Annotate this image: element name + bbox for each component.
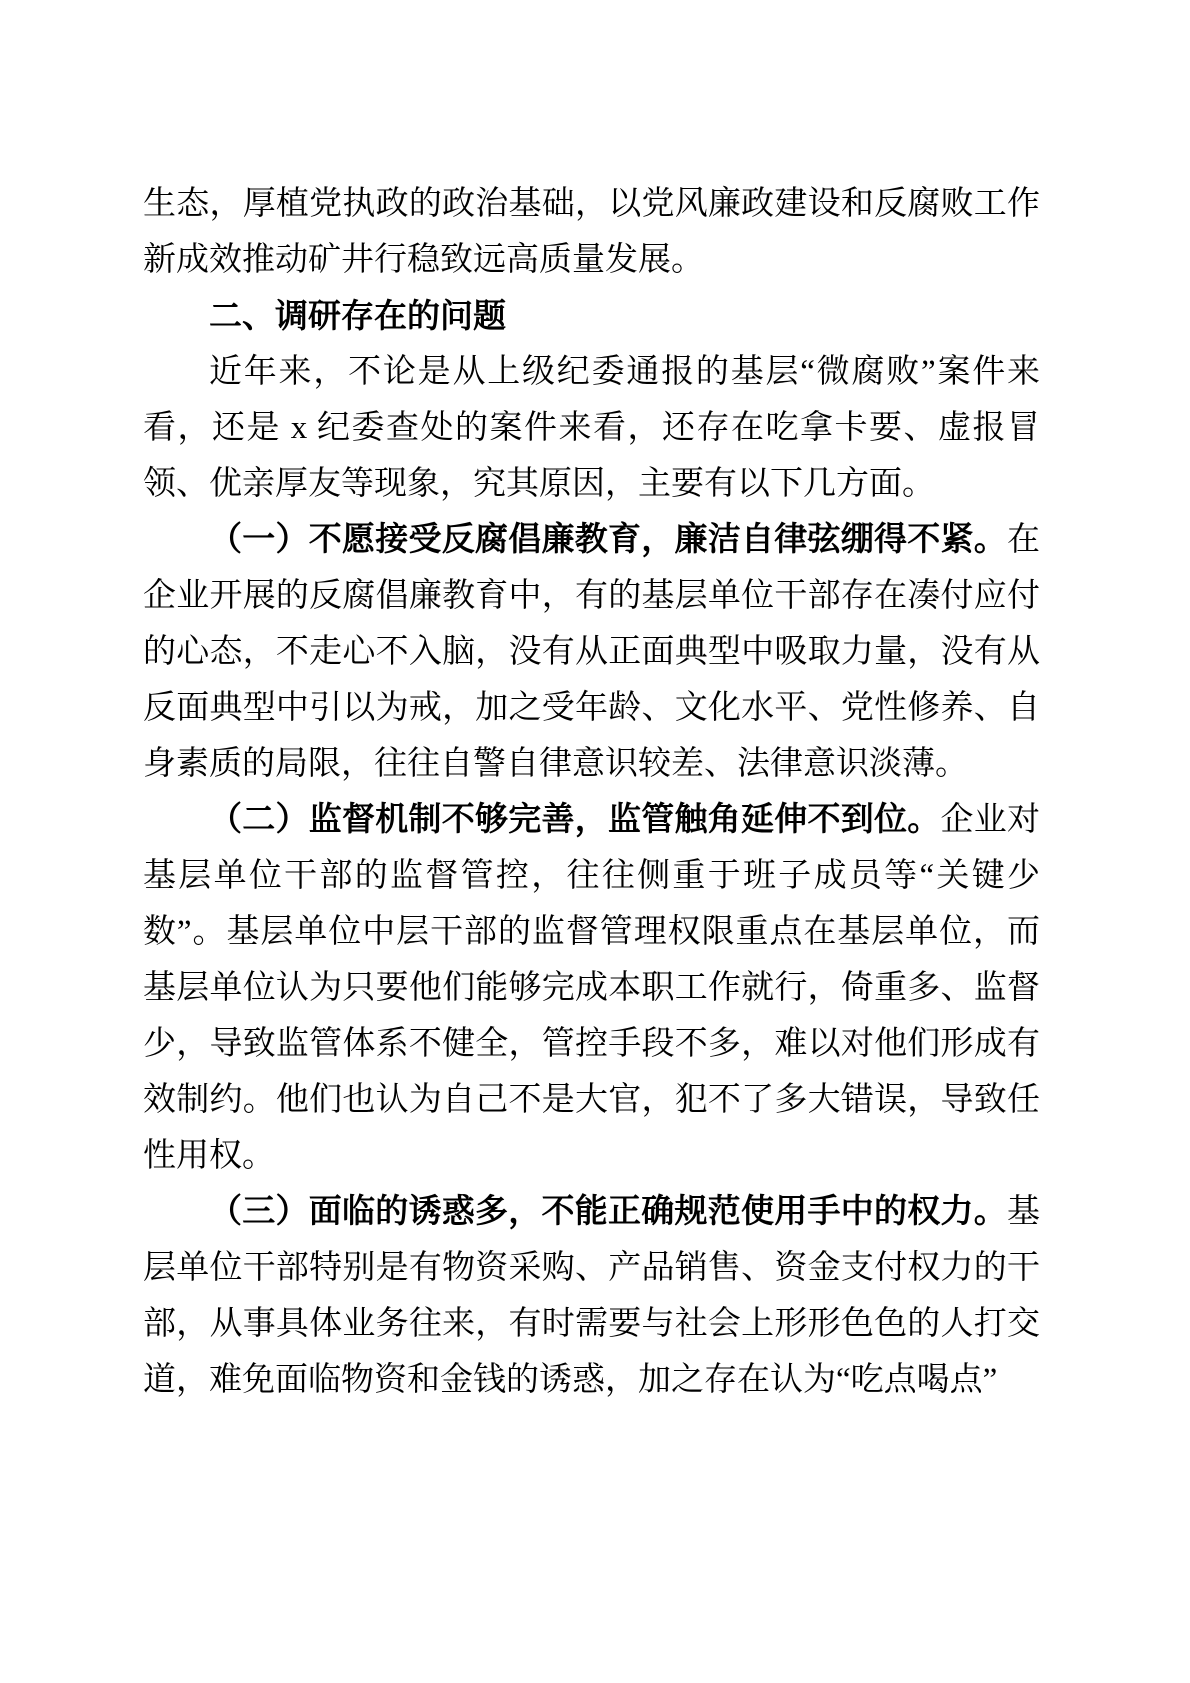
document-page: 生态，厚植党执政的政治基础，以党风廉政建设和反腐败工作新成效推动矿井行稳致远高质… [0,0,1190,1683]
issue-item-1-body: 在企业开展的反腐倡廉教育中，有的基层单位干部存在凑付应付的心态，不走心不入脑，没… [143,522,1040,782]
intro-paragraph-text: 近年来，不论是从上级纪委通报的基层“微腐败”案件来看，还是 x 纪委查处的案件来… [143,354,1040,502]
section-heading: 二、调研存在的问题 [143,288,1040,344]
issue-item-3: （三）面临的诱惑多，不能正确规范使用手中的权力。基层单位干部特别是有物资采购、产… [143,1184,1040,1408]
issue-item-1-lead: （一）不愿接受反腐倡廉教育，廉洁自律弦绷得不紧。 [209,522,1007,558]
issue-item-2-lead: （二）监督机制不够完善，监管触角延伸不到位。 [209,802,941,838]
issue-item-2: （二）监督机制不够完善，监管触角延伸不到位。企业对基层单位干部的监督管控，往往侧… [143,792,1040,1184]
issue-item-3-lead: （三）面临的诱惑多，不能正确规范使用手中的权力。 [209,1194,1007,1230]
issue-item-1: （一）不愿接受反腐倡廉教育，廉洁自律弦绷得不紧。在企业开展的反腐倡廉教育中，有的… [143,512,1040,792]
intro-paragraph: 近年来，不论是从上级纪委通报的基层“微腐败”案件来看，还是 x 纪委查处的案件来… [143,344,1040,512]
continuation-paragraph: 生态，厚植党执政的政治基础，以党风廉政建设和反腐败工作新成效推动矿井行稳致远高质… [143,176,1040,288]
section-heading-text: 二、调研存在的问题 [209,297,506,334]
issue-item-2-body: 企业对基层单位干部的监督管控，往往侧重于班子成员等“关键少数”。基层单位中层干部… [143,802,1040,1174]
continuation-paragraph-text: 生态，厚植党执政的政治基础，以党风廉政建设和反腐败工作新成效推动矿井行稳致远高质… [143,186,1040,278]
